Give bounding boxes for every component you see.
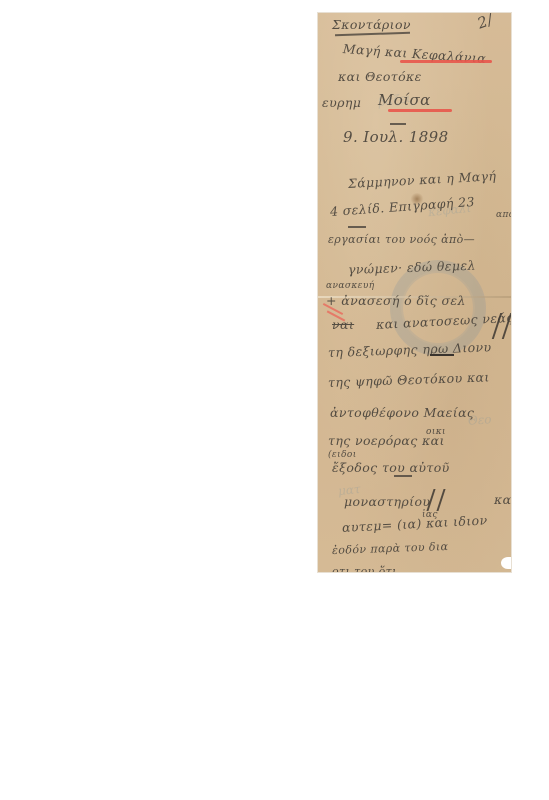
text-line: εργασίαι του νοός ἀπὸ— [328, 233, 475, 246]
text-line: απὸ [496, 210, 511, 220]
date-line: 9. Ιουλ. 1898 [343, 128, 449, 146]
strike-mark [430, 354, 454, 356]
text-line: ἔξοδος του αὐτοῦ [332, 460, 450, 475]
manuscript-paper: βαζει κεφαλι Θεο ματ Σκοντάριον 2/ Μαγή … [318, 13, 511, 572]
margin-note: οικι [426, 427, 446, 437]
margin-note: ανασκευή [326, 281, 375, 291]
red-underline [400, 60, 492, 63]
double-bar-mark [426, 489, 445, 511]
text-line: της ψηφῶ Θεοτόκου και [328, 369, 490, 390]
text-line: αυτεμ= (ια) και ιδιον [342, 512, 488, 535]
page-number: 2/ [475, 13, 496, 32]
text-line: ἀντοφθέφονο Μαείας [330, 405, 474, 420]
dash-mark [390, 123, 406, 125]
paper-tear [501, 557, 511, 569]
underline [335, 32, 410, 36]
equals-mark [394, 475, 412, 477]
text-line: μοναστηρίου [344, 494, 430, 509]
place-name: Μοίσα [378, 91, 431, 109]
text-line: ἐοδόν παρὰ του δια [332, 540, 449, 557]
text-line: Σάμμηνον και η Μαγή [348, 168, 497, 191]
text-line: + ἀνασεσή ό δι̃ς σελ [326, 293, 466, 308]
page-background: βαζει κεφαλι Θεο ματ Σκοντάριον 2/ Μαγή … [0, 0, 549, 800]
text-line: και [494, 492, 511, 507]
text-line: τη δεξιωρφης ηρω Διονυ [328, 339, 492, 360]
dash-mark [348, 226, 366, 228]
text-line: ευρημ [322, 95, 361, 110]
struck-word: ναι [332, 317, 354, 332]
subtitle-line: και Θεοτόκε [338, 69, 422, 84]
margin-note: (ειδοι [328, 450, 357, 460]
text-line: οτι του ὅτι [332, 565, 397, 572]
red-underline [388, 109, 452, 112]
document-label: Σκοντάριον [332, 17, 411, 32]
